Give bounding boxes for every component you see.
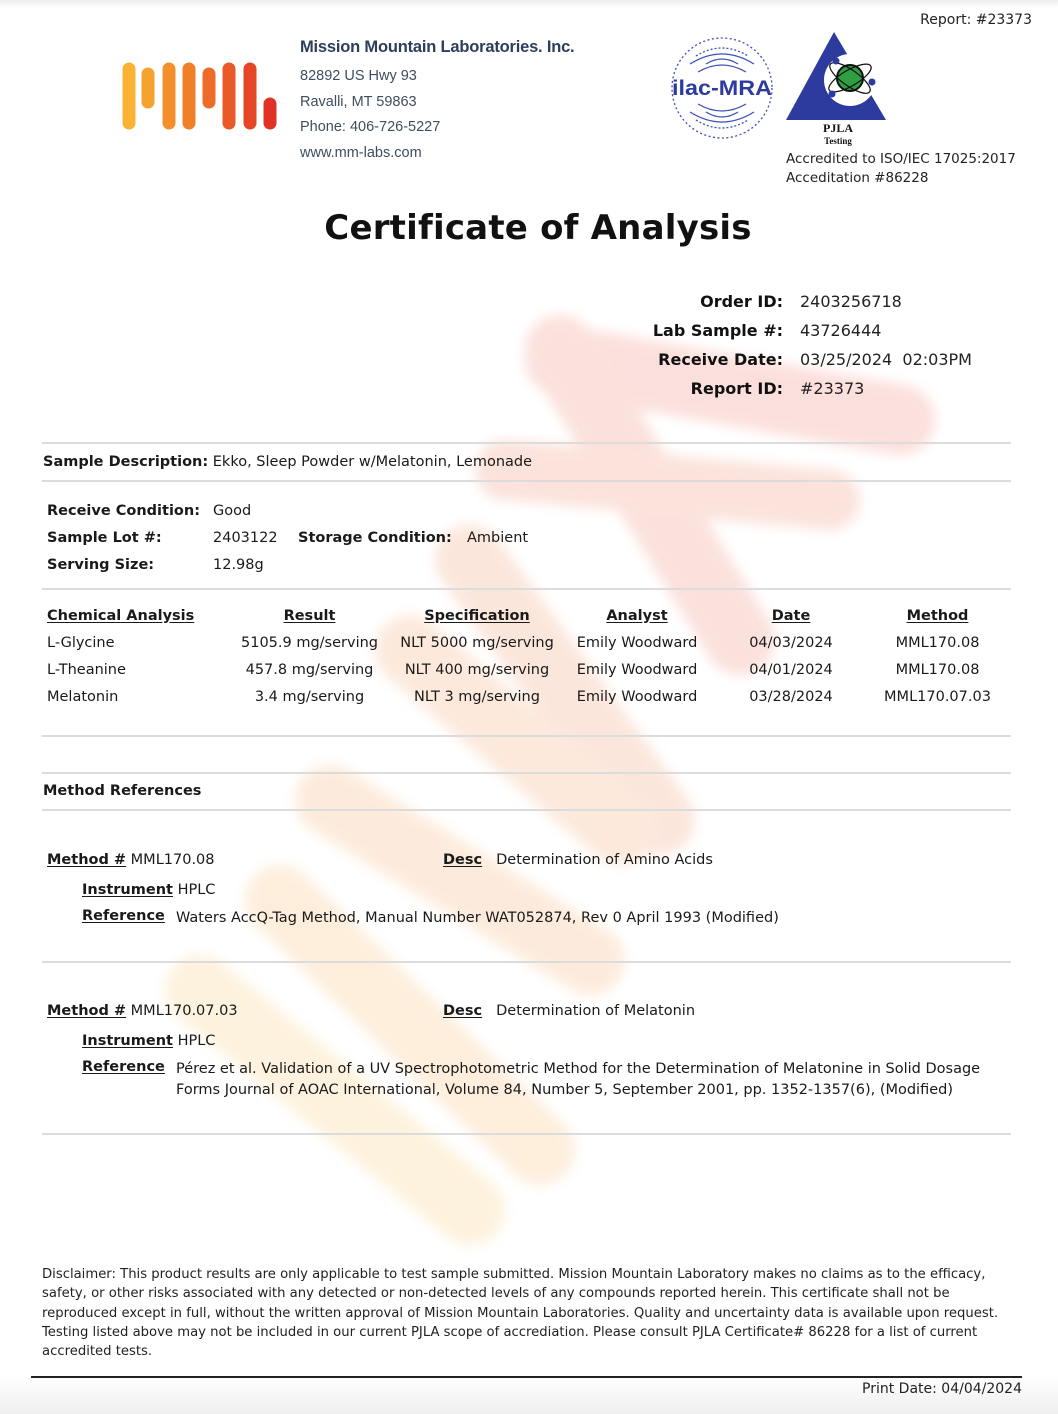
disclaimer: Disclaimer: This product results are onl… — [42, 1265, 1027, 1361]
divider — [42, 588, 1011, 590]
accreditation-number: Acceditation #86228 — [786, 169, 1016, 188]
method-instrument: Instrument HPLC — [82, 1033, 215, 1049]
divider — [42, 772, 1011, 774]
page-title: Certificate of Analysis — [0, 208, 1058, 248]
table-row: L-Theanine 457.8 mg/serving NLT 400 mg/s… — [47, 656, 1017, 683]
lab-logo-icon — [122, 62, 282, 130]
meta-lab-sample: Lab Sample #: 43726444 — [620, 316, 1040, 345]
sample-description: Sample Description: Ekko, Sleep Powder w… — [43, 454, 532, 470]
method-references-title: Method References — [43, 783, 201, 799]
sample-lot-row: Sample Lot #: 2403122 Storage Condition:… — [47, 524, 528, 551]
divider — [42, 442, 1011, 444]
meta-report-id: Report ID: #23373 — [620, 374, 1040, 403]
method-desc: DescDetermination of Amino Acids — [443, 852, 713, 868]
report-number: Report: #23373 — [920, 12, 1032, 28]
sample-conditions: Receive Condition: Good Sample Lot #: 24… — [47, 497, 528, 578]
accreditation: Accredited to ISO/IEC 17025:2017 Accedit… — [786, 150, 1016, 188]
footer-divider — [31, 1376, 1022, 1378]
svg-text:ilac-MRA: ilac-MRA — [672, 77, 772, 100]
order-meta: Order ID: 2403256718 Lab Sample #: 43726… — [620, 287, 1040, 403]
receive-condition-row: Receive Condition: Good — [47, 497, 528, 524]
method-reference-item: Method # MML170.07.03 DescDetermination … — [47, 1003, 1017, 1030]
divider — [42, 480, 1011, 482]
svg-text:Testing: Testing — [824, 136, 852, 146]
meta-receive-date: Receive Date: 03/25/2024 02:03PM — [620, 345, 1040, 374]
lab-address-line2: Ravalli, MT 59863 — [300, 90, 574, 116]
meta-order-id: Order ID: 2403256718 — [620, 287, 1040, 316]
lab-website[interactable]: www.mm-labs.com — [300, 141, 574, 167]
lab-name: Mission Mountain Laboratories. Inc. — [300, 38, 574, 57]
divider — [42, 961, 1011, 963]
method-reference: Reference Pérez et al. Validation of a U… — [82, 1059, 1006, 1101]
lab-phone: Phone: 406-726-5227 — [300, 115, 574, 141]
pjla-logo-icon: PJLA Testing — [784, 30, 892, 148]
method-desc: DescDetermination of Melatonin — [443, 1003, 695, 1019]
method-reference-item: Method # MML170.08 DescDetermination of … — [47, 852, 1017, 879]
print-date: Print Date: 04/04/2024 — [862, 1381, 1022, 1397]
lab-address-line1: 82892 US Hwy 93 — [300, 64, 574, 90]
table-row: L-Glycine 5105.9 mg/serving NLT 5000 mg/… — [47, 629, 1017, 656]
method-reference: Reference Waters AccQ-Tag Method, Manual… — [82, 908, 1006, 929]
serving-size-row: Serving Size: 12.98g — [47, 551, 528, 578]
chemical-analysis-table: Chemical Analysis Result Specification A… — [47, 602, 1017, 710]
table-header: Chemical Analysis Result Specification A… — [47, 602, 1017, 629]
table-row: Melatonin 3.4 mg/serving NLT 3 mg/servin… — [47, 683, 1017, 710]
divider — [42, 735, 1011, 737]
lab-info: Mission Mountain Laboratories. Inc. 8289… — [300, 38, 574, 166]
ilac-mra-logo-icon: ilac-MRA — [668, 34, 776, 142]
divider — [42, 809, 1011, 811]
method-number-row: Method # MML170.07.03 DescDetermination … — [47, 1003, 1017, 1030]
method-instrument: Instrument HPLC — [82, 882, 215, 898]
accreditation-iso: Accredited to ISO/IEC 17025:2017 — [786, 150, 1016, 169]
method-number-row: Method # MML170.08 DescDetermination of … — [47, 852, 1017, 879]
divider — [42, 1133, 1011, 1135]
svg-text:PJLA: PJLA — [823, 121, 853, 135]
